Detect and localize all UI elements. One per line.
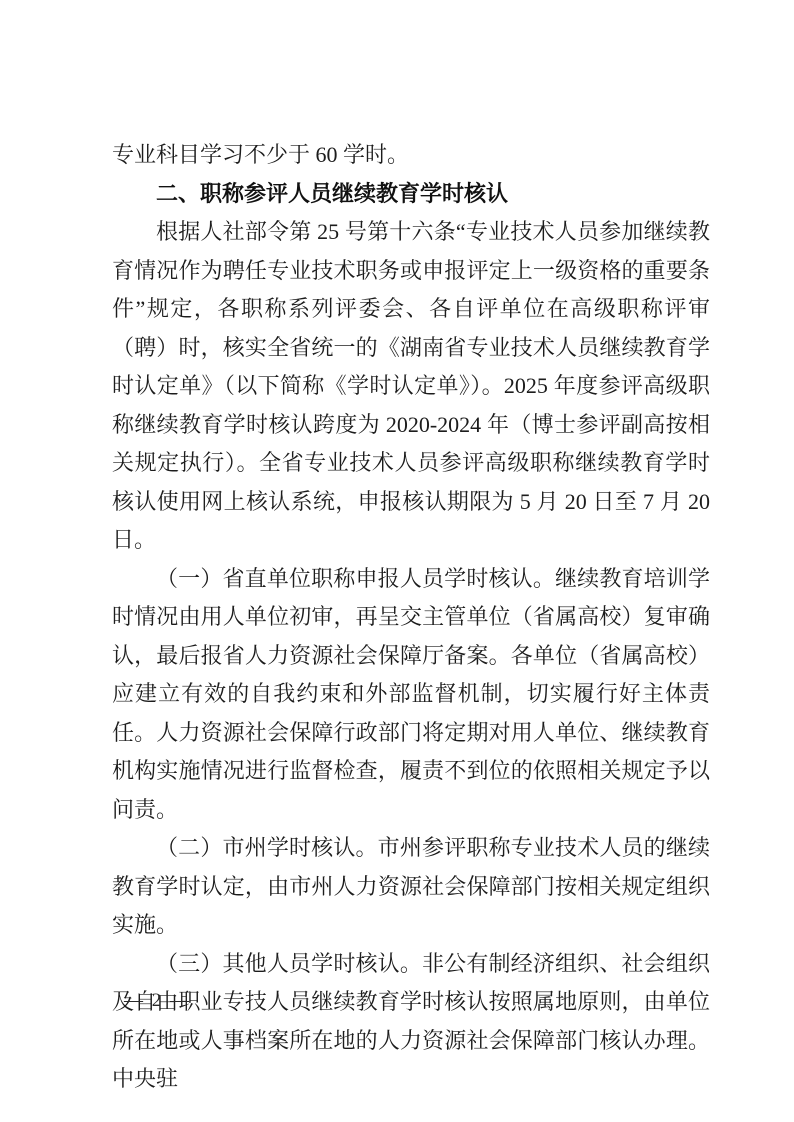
paragraph-regulation: 根据人社部令第 25 号第十六条“专业技术人员参加继续教育情况作为聘任专业技术职… [112, 213, 710, 560]
paragraph-item-2-city-prefecture: （二）市州学时核认。市州参评职称专业技术人员的继续教育学时认定，由市州人力资源社… [112, 829, 710, 945]
page-number: — 2 — [124, 990, 191, 1011]
paragraph-continuation: 专业科目学习不少于 60 学时。 [112, 136, 710, 175]
document-body: 专业科目学习不少于 60 学时。 二、职称参评人员继续教育学时核认 根据人社部令… [112, 136, 710, 1099]
section-heading: 二、职称参评人员继续教育学时核认 [112, 175, 710, 214]
paragraph-item-3-other-personnel: （三）其他人员学时核认。非公有制经济组织、社会组织及自由职业专技人员继续教育学时… [112, 945, 710, 1099]
page-footer: — 2 — [124, 990, 191, 1012]
document-page: 专业科目学习不少于 60 学时。 二、职称参评人员继续教育学时核认 根据人社部令… [0, 0, 794, 1122]
paragraph-item-1-provincial-units: （一）省直单位职称申报人员学时核认。继续教育培训学时情况由用人单位初审，再呈交主… [112, 560, 710, 830]
